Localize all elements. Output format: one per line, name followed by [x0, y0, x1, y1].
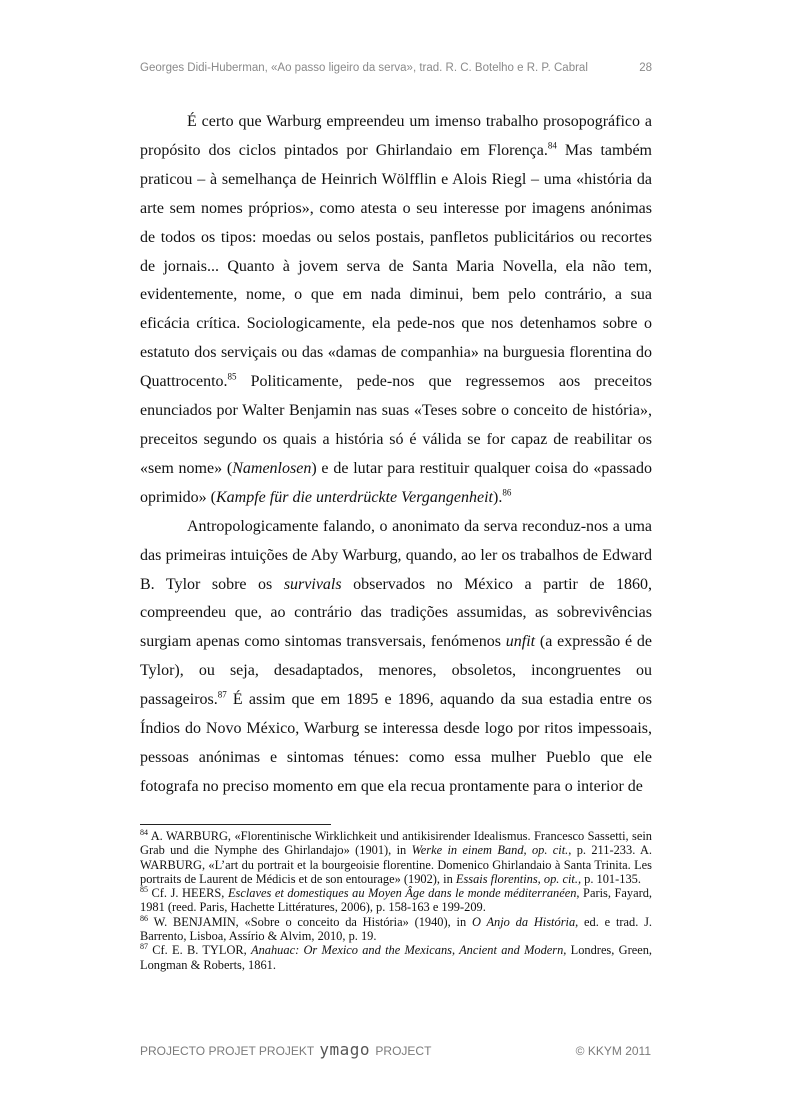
- italic-title: O Anjo da História: [472, 915, 575, 929]
- footnote-ref-85[interactable]: 85: [228, 372, 237, 382]
- footnote-number: 85: [140, 885, 148, 894]
- ymago-logo: ymago: [319, 1040, 370, 1059]
- text-run: Mas também praticou – à semelhança de He…: [140, 142, 652, 390]
- paragraph-1: É certo que Warburg empreendeu um imenso…: [140, 108, 652, 513]
- footnote-ref-84[interactable]: 84: [548, 141, 557, 151]
- italic-title: Essais florentins, op. cit.,: [456, 872, 581, 886]
- footnote-ref-87[interactable]: 87: [218, 690, 227, 700]
- footnote-divider: [140, 824, 331, 825]
- running-footer: PROJECTO PROJET PROJEKT ymago PROJECT © …: [140, 1040, 651, 1059]
- footnote-number: 84: [140, 828, 148, 837]
- italic-title: Anahuac: Or Mexico and the Mexicans, Anc…: [251, 943, 566, 957]
- footnotes: 84 A. WARBURG, «Florentinische Wirklichk…: [140, 829, 652, 972]
- footnote-86: 86 W. BENJAMIN, «Sobre o conceito da His…: [140, 915, 652, 944]
- running-header: Georges Didi-Huberman, «Ao passo ligeiro…: [140, 62, 652, 74]
- footer-project-label: PROJECTO PROJET PROJEKT ymago PROJECT: [140, 1040, 431, 1059]
- italic-term: Namenlosen: [232, 460, 311, 477]
- header-title: Georges Didi-Huberman, «Ao passo ligeiro…: [140, 62, 588, 74]
- italic-term: Kampfe für die unterdrückte Vergangenhei…: [216, 489, 493, 506]
- italic-title: Esclaves et domestiques au Moyen Âge dan…: [228, 886, 580, 900]
- body-text: É certo que Warburg empreendeu um imenso…: [140, 108, 652, 802]
- footnote-87: 87 Cf. E. B. TYLOR, Anahuac: Or Mexico a…: [140, 943, 652, 972]
- footnote-number: 86: [140, 914, 148, 923]
- footnote-number: 87: [140, 942, 148, 951]
- footnote-ref-86[interactable]: 86: [502, 487, 511, 497]
- text-run: PROJECTO PROJET PROJEKT: [140, 1044, 314, 1058]
- footnote-84: 84 A. WARBURG, «Florentinische Wirklichk…: [140, 829, 652, 886]
- text-run: p. 101-135.: [581, 872, 641, 886]
- page-number: 28: [639, 62, 652, 74]
- italic-title: Werke in einem Band, op. cit.: [412, 843, 569, 857]
- footnote-85: 85 Cf. J. HEERS, Esclaves et domestiques…: [140, 886, 652, 915]
- text-run: ).: [493, 489, 502, 506]
- text-run: Cf. J. HEERS,: [148, 886, 228, 900]
- italic-term: unfit: [506, 633, 535, 650]
- italic-term: survivals: [284, 576, 342, 593]
- text-run: Cf. E. B. TYLOR,: [148, 943, 251, 957]
- footer-copyright: © KKYM 2011: [576, 1044, 651, 1058]
- text-run: W. BENJAMIN, «Sobre o conceito da Histór…: [148, 915, 472, 929]
- paragraph-2: Antropologicamente falando, o anonimato …: [140, 513, 652, 802]
- text-run: PROJECT: [375, 1044, 431, 1058]
